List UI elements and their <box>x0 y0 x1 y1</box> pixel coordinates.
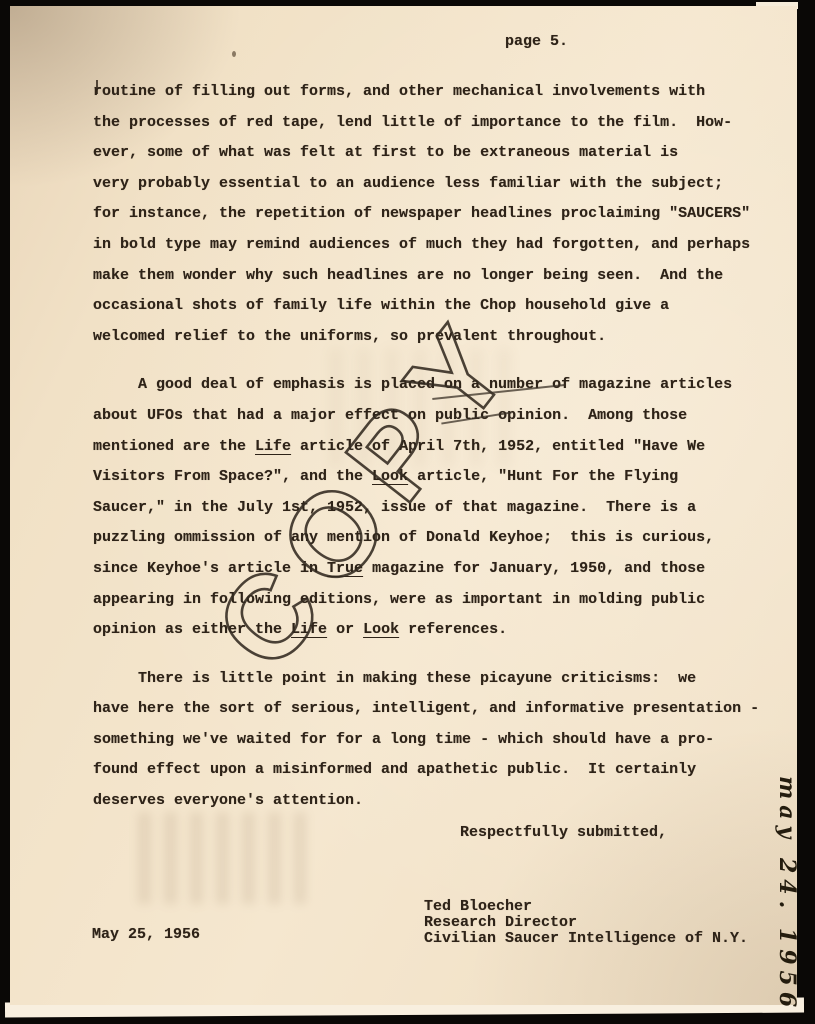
text-line: since Keyhoe's article in True magazine … <box>93 554 793 585</box>
ink-speck <box>232 51 236 57</box>
paragraph-3: There is little point in making these pi… <box>93 664 793 817</box>
text-line: routine of filling out forms, and other … <box>93 77 793 108</box>
text-line: Visitors From Space?", and the Look arti… <box>93 462 793 493</box>
paragraph-2: A good deal of emphasis is placed on a n… <box>93 370 793 645</box>
text-line: Saucer," in the July 1st, 1952, issue of… <box>93 493 793 524</box>
text-line: about UFOs that had a major effect on pu… <box>93 401 793 432</box>
signature-block: Ted Bloecher Research Director Civilian … <box>424 899 748 946</box>
underlined-magazine-title: Life <box>255 438 291 455</box>
text-line: appearing in following editions, were as… <box>93 585 793 616</box>
date-line: May 25, 1956 <box>92 926 200 943</box>
handwritten-date-annotation: may 24. 1956 <box>774 776 800 1013</box>
text-line: mentioned are the Life article of April … <box>93 432 793 463</box>
underlined-magazine-title: Life <box>291 621 327 638</box>
text-line: in bold type may remind audiences of muc… <box>93 230 793 261</box>
signature-title: Research Director <box>424 915 748 931</box>
text-line: found effect upon a misinformed and apat… <box>93 755 793 786</box>
text-line: welcomed relief to the uniforms, so prev… <box>93 322 793 353</box>
text-line: ever, some of what was felt at first to … <box>93 138 793 169</box>
typewriter-overstrike-mark <box>96 80 98 94</box>
text-line: opinion as either the Life or Look refer… <box>93 615 793 646</box>
text-line: deserves everyone's attention. <box>93 786 793 817</box>
text-line: puzzling ommission of any mention of Don… <box>93 523 793 554</box>
text-line: very probably essential to an audience l… <box>93 169 793 200</box>
text-line: for instance, the repetition of newspape… <box>93 199 793 230</box>
text-line: make them wonder why such headlines are … <box>93 261 793 292</box>
underlined-magazine-title: True <box>327 560 363 577</box>
document-content: page 5. routine of filling out forms, an… <box>0 0 815 1024</box>
signature-name: Ted Bloecher <box>424 899 748 915</box>
page-number-header: page 5. <box>505 33 568 50</box>
paragraph-1: routine of filling out forms, and other … <box>93 77 793 352</box>
text-line: the processes of red tape, lend little o… <box>93 108 793 139</box>
text-line: There is little point in making these pi… <box>93 664 793 695</box>
document-body: routine of filling out forms, and other … <box>93 77 793 817</box>
signature-organization: Civilian Saucer Intelligence of N.Y. <box>424 931 748 947</box>
scanned-document-photo: { "document": { "page_header": "page 5."… <box>0 0 815 1024</box>
text-line: have here the sort of serious, intellige… <box>93 694 793 725</box>
text-line: something we've waited for for a long ti… <box>93 725 793 756</box>
underlined-magazine-title: Look <box>363 621 399 638</box>
underlined-magazine-title: Look <box>372 468 408 485</box>
text-line: occasional shots of family life within t… <box>93 291 793 322</box>
closing-line: Respectfully submitted, <box>460 824 667 841</box>
